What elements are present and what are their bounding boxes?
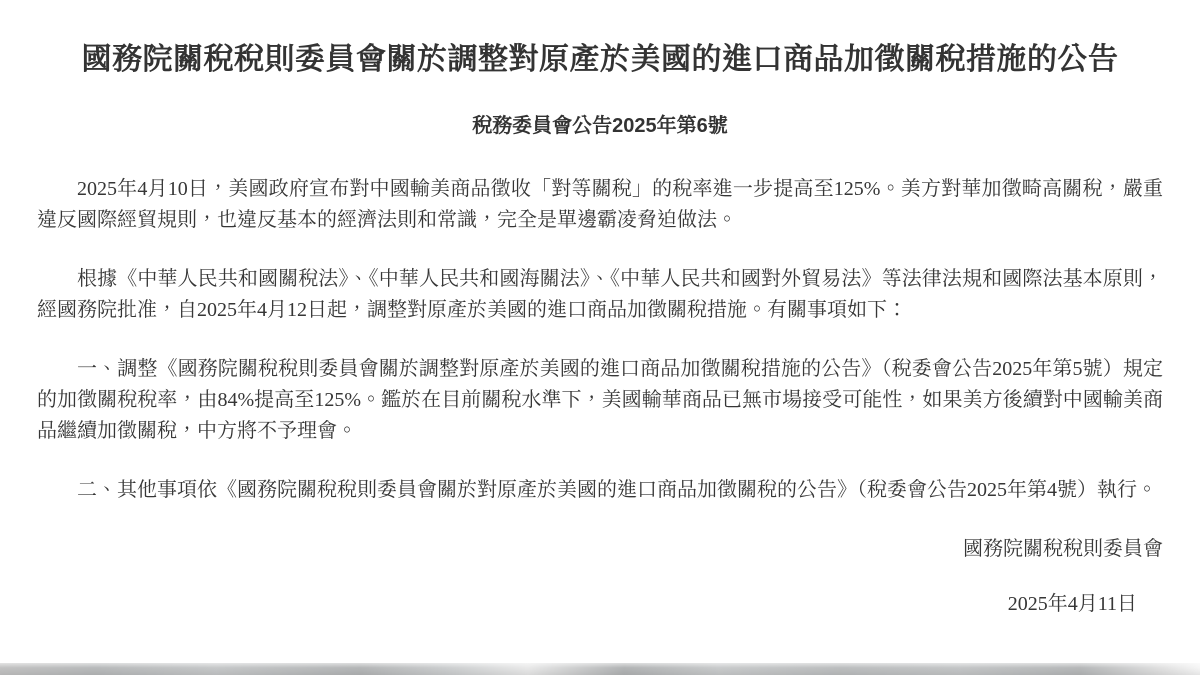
announcement-document: 國務院關稅稅則委員會關於調整對原產於美國的進口商品加徵關稅措施的公告 稅務委員會…	[0, 0, 1200, 620]
announcement-title: 國務院關稅稅則委員會關於調整對原產於美國的進口商品加徵關稅措施的公告	[37, 42, 1163, 78]
announcement-body: 2025年4月10日，美國政府宣布對中國輸美商品徵收「對等關稅」的稅率進一步提高…	[37, 174, 1163, 506]
body-paragraph-3: 一、調整《國務院關稅稅則委員會關於調整對原產於美國的進口商品加徵關稅措施的公告》…	[37, 354, 1163, 447]
bottom-gradient-bar	[0, 663, 1200, 675]
body-paragraph-1: 2025年4月10日，美國政府宣布對中國輸美商品徵收「對等關稅」的稅率進一步提高…	[37, 174, 1163, 236]
body-paragraph-2: 根據《中華人民共和國關稅法》、《中華人民共和國海關法》、《中華人民共和國對外貿易…	[37, 264, 1163, 326]
announcement-doc-number: 稅務委員會公告2025年第6號	[37, 114, 1163, 138]
issuing-authority-signature: 國務院關稅稅則委員會	[37, 534, 1163, 565]
announcement-date: 2025年4月11日	[37, 589, 1137, 620]
body-paragraph-4: 二、其他事項依《國務院關稅稅則委員會關於對原產於美國的進口商品加徵關稅的公告》（…	[37, 475, 1163, 506]
